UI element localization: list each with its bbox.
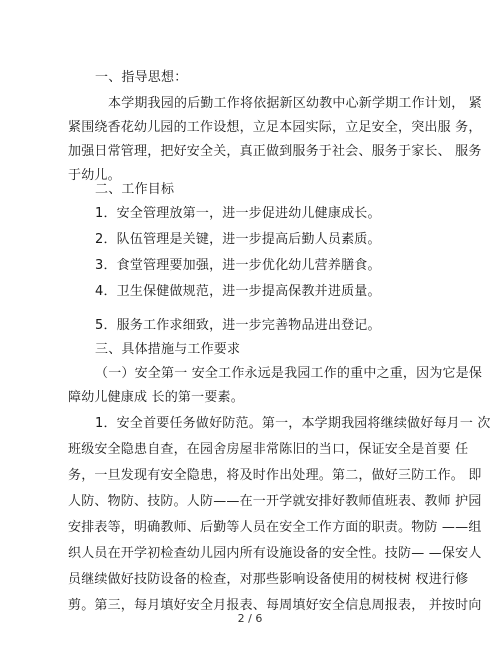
text-line: 加强日常管理，把好安全关，真正做到服务于社会、服务于家长、 服务 <box>68 144 482 160</box>
text-line: 2．队伍管理是关键，进一步提高后勤人员素质。 <box>95 232 381 248</box>
document-page: 一、指导思想：本学期我园的后勤工作将依据新区幼教中心新学期工作计划， 紧紧围绕香… <box>0 0 500 647</box>
text-line: 障幼儿健康成 长的第一要素。 <box>68 390 244 406</box>
text-line: 1．安全首要任务做好防范。第一，本学期我园将继续做好每月一 次 <box>95 416 491 432</box>
text-line: 人防、物防、技防。人防——在一开学就安排好教师值班表、教师 护园 <box>68 494 482 510</box>
text-line: 班级安全隐患自查，在园舍房屋非常陈旧的当口，保证安全是首要 任 <box>68 442 468 458</box>
page-number: 2 / 6 <box>0 612 500 625</box>
text-line: 员继续做好技防设备的检查，对那些影响设备使用的树枝树 杈进行修 <box>68 572 468 588</box>
text-line: 安排表等，明确教师、后勤等人员在安全工作方面的职责。物防 ——组 <box>68 520 482 536</box>
text-line: （一）安全第一 安全工作永远是我园工作的重中之重，因为它是保 <box>95 366 482 382</box>
text-line: 紧围绕香花幼儿园的工作设想，立足本园实际，立足安全，突出服 务， <box>68 120 482 136</box>
text-line: 织人员在开学初检查幼儿园内所有设施设备的安全性。技防— —保安人 <box>68 546 482 562</box>
text-line: 一、指导思想： <box>95 70 187 86</box>
text-line: 1．安全管理放第一，进一步促进幼儿健康成长。 <box>95 206 381 222</box>
text-line: 三、具体措施与工作要求 <box>95 342 240 358</box>
text-line: 3．食堂管理要加强，进一步优化幼儿营养膳食。 <box>95 258 381 274</box>
text-line: 二、工作目标 <box>95 182 174 198</box>
text-line: 4．卫生保健做规范，进一步提高保教并进质量。 <box>95 284 381 300</box>
text-line: 务，一旦发现有安全隐患，将及时作出处理。第二，做好三防工作。 即 <box>68 468 482 484</box>
text-line: 本学期我园的后勤工作将依据新区幼教中心新学期工作计划， 紧 <box>108 96 482 112</box>
text-line: 5．服务工作求细致，进一步完善物品进出登记。 <box>95 318 381 334</box>
